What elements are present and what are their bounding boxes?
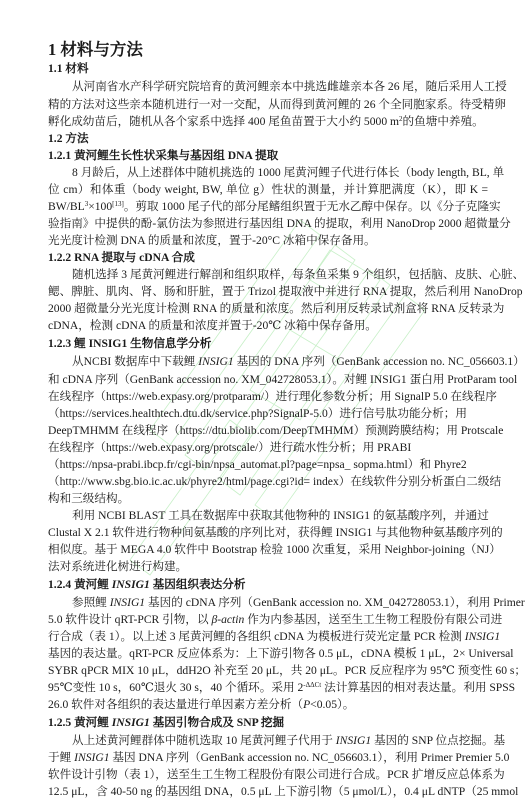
paragraph-line: 参照鲤 INSIG1 基因的 cDNA 序列（GenBank accession… — [72, 595, 488, 611]
paragraph-line: 12.5 μL，含 40-50 ng 的基因组 DNA，0.5 μL 上下游引物… — [48, 784, 488, 800]
heading-1-2-4: 1.2.4 黄河鲤 INSIG1 基因组织表达分析 — [48, 577, 245, 593]
paragraph-line: （https://services.healthtech.dtu.dk/serv… — [48, 406, 488, 422]
paragraph-line: 于鲤 INSIG1 基因 DNA 序列（GenBank accession no… — [48, 750, 488, 766]
paragraph-line: 法对系统进化树进行构建。 — [48, 559, 488, 575]
heading-1-2-5: 1.2.5 黄河鲤 INSIG1 基因引物合成及 SNP 挖掘 — [48, 715, 284, 731]
paragraph-line: （http://www.sbg.bio.ic.ac.uk/phyre2/html… — [48, 474, 488, 490]
paragraph-line: 从NCBI 数据库中下载鲤 INSIG1 基因的 DNA 序列（GenBank … — [72, 354, 488, 370]
heading-1-2-2: 1.2.2 RNA 提取与 cDNA 合成 — [48, 250, 195, 266]
paragraph-line: 孵化成幼苗后，随机从各个家系中选择 400 尾鱼苗置于大小约 5000 m2的鱼… — [48, 114, 488, 130]
paragraph-line: SYBR qPCR MIX 10 μL，ddH2O 补充至 20 μL，共 20… — [48, 663, 488, 679]
section-title: 1 材料与方法 — [48, 40, 143, 60]
paragraph-line: 从河南省水产科学研究院培育的黄河鲤亲本中挑选雌雄亲本各 26 尾，随后采用人工授 — [72, 79, 488, 95]
paper-page: 1 材料与方法 1.1 材料 从河南省水产科学研究院培育的黄河鲤亲本中挑选雌雄亲… — [0, 0, 529, 805]
paragraph-line: 5.0 软件设计 qRT-PCR 引物，以 β-actin 作为内参基因，送至生… — [48, 612, 488, 628]
paragraph-line: 行合成（表 1）。以上述 3 尾黄河鲤的各组织 cDNA 为模板进行荧光定量 P… — [48, 629, 488, 645]
heading-1-2-1: 1.2.1 黄河鲤生长性状采集与基因组 DNA 提取 — [48, 148, 278, 164]
heading-1-2-3: 1.2.3 鲤 INSIG1 生物信息学分析 — [48, 336, 211, 352]
paragraph-line: DeepTMHMM 在线程序（https://dtu.biolib.com/De… — [48, 423, 488, 439]
paragraph-line: 鳃、脾脏、肌肉、肾、肠和肝脏，置于 Trizol 提取液中并进行 RNA 提取，… — [48, 284, 488, 300]
paragraph-line: 光光度计检测 DNA 的质量和浓度，置于-20°C 冰箱中保存备用。 — [48, 233, 488, 249]
paragraph-line: 和 cDNA 序列（GenBank accession no. XM_04272… — [48, 372, 488, 388]
paragraph-line: 从上述黄河鲤群体中随机选取 10 尾黄河鲤子代用于 INSIG1 基因的 SNP… — [72, 733, 488, 749]
paragraph-line: 构和三级结构。 — [48, 491, 488, 507]
paragraph-line: 8 月龄后，从上述群体中随机挑选的 1000 尾黄河鲤子代进行体长（body l… — [72, 165, 488, 181]
paragraph-line: 软件设计引物（表 1），送至生工生物工程股份有限公司进行合成。PCR 扩增反应总… — [48, 767, 488, 783]
paragraph-line: 26.0 软件对各组织的表达量进行单因素方差分析（P<0.05）。 — [48, 697, 488, 713]
paragraph-line: 验指南》中提供的酚-氯仿法为参照进行基因组 DNA 的提取，利用 NanoDro… — [48, 216, 488, 232]
paragraph-line: 精的方法对这些亲本随机进行一对一交配，从而得到黄河鲤的 26 个全同胞家系。待受… — [48, 97, 488, 113]
heading-1-2: 1.2 方法 — [48, 131, 89, 147]
paragraph-line: 相似度。基于 MEGA 4.0 软件中 Bootstrap 检验 1000 次重… — [48, 542, 488, 558]
paragraph-line: （https://npsa-prabi.ibcp.fr/cgi-bin/npsa… — [48, 457, 488, 473]
paragraph-line: Clustal X 2.1 软件进行物种间氨基酸的序列比对，获得鲤 INSIG1… — [48, 525, 488, 541]
paragraph-line: 在线程序（https://web.expasy.org/protscale/）进… — [48, 440, 488, 456]
paragraph-line: 利用 NCBI BLAST 工具在数据库中获取其他物种的 INSIG1 的氨基酸… — [72, 508, 488, 524]
paragraph-line: 位 cm）和体重（body weight, BW, 单位 g）性状的测量，并计算… — [48, 182, 488, 198]
paragraph-line: 95℃变性 10 s，60℃退火 30 s，40 个循环。采用 2-ΔΔCt 法… — [48, 680, 488, 696]
paragraph-line: BW/BL3×100[13]。剪取 1000 尾子代的部分尾鳍组织置于无水乙醇中… — [48, 199, 488, 215]
paragraph-line: 在线程序（https://web.expasy.org/protparam/）进… — [48, 389, 488, 405]
paragraph-line: 2000 超微量分光光度计检测 RNA 的质量和浓度。然后利用反转录试剂盒将 R… — [48, 301, 488, 317]
heading-1-1: 1.1 材料 — [48, 61, 89, 77]
paragraph-line: 基因的表达量。qRT-PCR 反应体系为：上下游引物各 0.5 μL，cDNA … — [48, 646, 488, 662]
paragraph-line: cDNA，检测 cDNA 的质量和浓度并置于-20℃ 冰箱中保存备用。 — [48, 318, 488, 334]
paragraph-line: 随机选择 3 尾黄河鲤进行解剖和组织取样，每条鱼采集 9 个组织，包括脑、皮肤、… — [72, 267, 488, 283]
